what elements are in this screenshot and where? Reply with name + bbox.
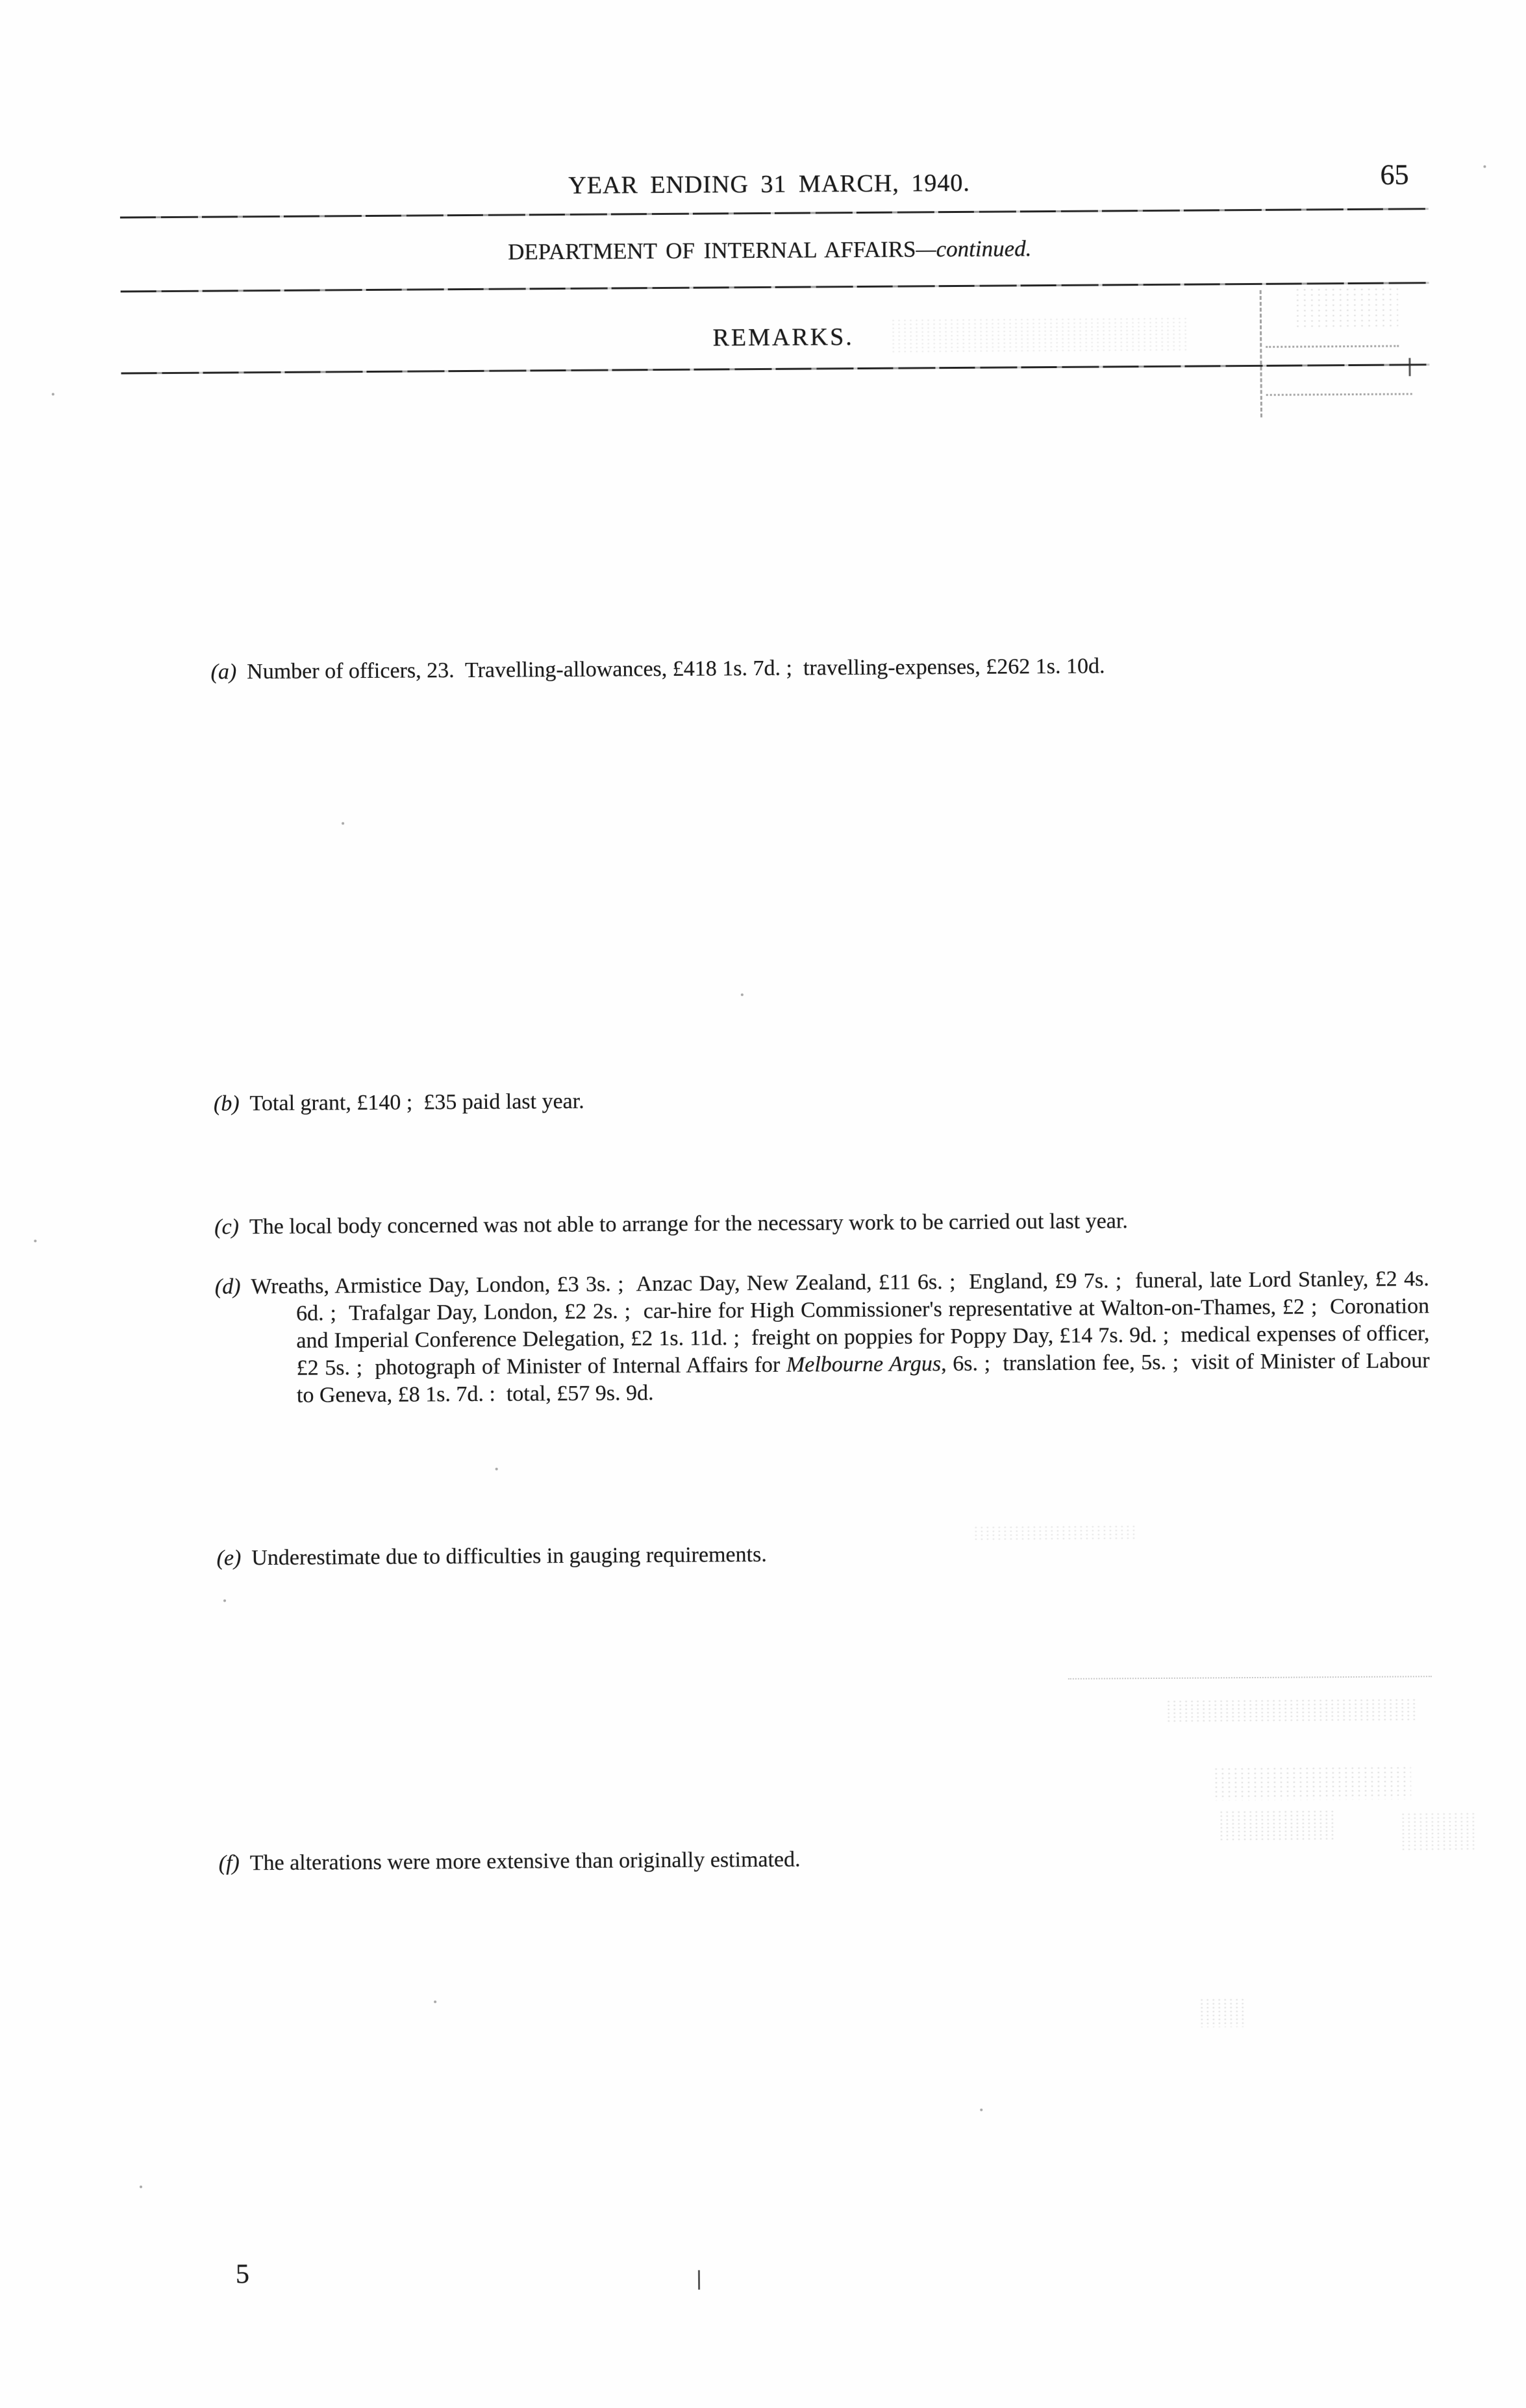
remark-item-e: (e)Underestimate due to difficulties in … <box>216 1537 1442 1572</box>
scan-artifact-bleedthrough <box>1213 1765 1411 1800</box>
remark-label: (d) <box>215 1274 241 1298</box>
scan-artifact-speck <box>223 1599 226 1602</box>
scan-artifact-bleedthrough <box>1199 1998 1244 2027</box>
horizontal-rule-top <box>120 208 1429 218</box>
scan-artifact-smudge <box>973 1524 1135 1543</box>
remark-text: The local body concerned was not able to… <box>249 1209 1128 1239</box>
department-name: DEPARTMENT OF INTERNAL AFFAIRS <box>508 236 916 264</box>
scan-artifact-vertical-dashed-line <box>1260 290 1262 417</box>
remark-item-f: (f)The alterations were more extensive t… <box>219 1842 1444 1878</box>
scan-artifact-bleedthrough <box>1166 1698 1416 1724</box>
remark-item-b: (b)Total grant, £140 ; £35 paid last yea… <box>214 1082 1439 1118</box>
remark-item-a: (a)Number of officers, 23. Travelling-al… <box>210 651 1436 686</box>
remark-item-d: (d)Wreaths, Armistice Day, London, £3 3s… <box>215 1265 1430 1409</box>
scanned-document-page: YEAR ENDING 31 MARCH, 1940. 65 DEPARTMEN… <box>0 0 1526 2408</box>
scan-artifact-speck <box>1483 166 1486 168</box>
remark-text: Underestimate due to difficulties in gau… <box>251 1543 767 1570</box>
remark-label: (b) <box>214 1091 240 1115</box>
scan-artifact-bleedthrough <box>1400 1812 1478 1852</box>
department-subheader: DEPARTMENT OF INTERNAL AFFAIRS—continued… <box>6 232 1526 269</box>
remark-text-italic: Melbourne Argus <box>786 1352 941 1377</box>
remark-label: (c) <box>214 1215 239 1239</box>
scan-artifact-dotted-line <box>1266 393 1412 395</box>
page-title: YEAR ENDING 31 MARCH, 1940. <box>6 165 1526 204</box>
footer-page-number: 5 <box>236 2259 249 2290</box>
remark-label: (a) <box>210 660 236 684</box>
remark-label: (f) <box>219 1851 240 1875</box>
horizontal-rule-middle <box>121 282 1429 292</box>
scan-artifact-speck <box>741 993 744 996</box>
scan-artifact-smudge <box>890 317 1189 354</box>
continued-suffix: —continued. <box>916 236 1031 262</box>
remark-label: (e) <box>216 1546 241 1570</box>
scan-artifact-speck <box>342 822 344 825</box>
scan-artifact-tick <box>1408 358 1410 376</box>
remark-text: Total grant, £140 ; £35 paid last year. <box>249 1089 584 1115</box>
scan-skew-wrapper: YEAR ENDING 31 MARCH, 1940. 65 DEPARTMEN… <box>0 0 1526 2408</box>
scan-artifact-pencil-smudge <box>1294 286 1398 330</box>
page-number: 65 <box>1380 158 1408 191</box>
scan-artifact-speck <box>140 2185 142 2188</box>
scan-artifact-bleedthrough <box>1218 1809 1335 1840</box>
scan-artifact-speck <box>434 2000 436 2003</box>
scan-artifact-speck <box>980 2109 982 2111</box>
scan-artifact-dotted-line <box>1068 1676 1432 1680</box>
scan-artifact-tick <box>698 2270 700 2290</box>
scan-artifact-speck <box>52 393 55 395</box>
scan-artifact-speck <box>495 1468 498 1471</box>
scan-artifact-speck <box>34 1239 36 1242</box>
remark-text: Number of officers, 23. Travelling-allow… <box>247 654 1105 684</box>
remark-item-c: (c)The local body concerned was not able… <box>214 1206 1440 1241</box>
horizontal-rule-bottom <box>121 364 1429 374</box>
remark-text: The alterations were more extensive than… <box>250 1848 801 1876</box>
